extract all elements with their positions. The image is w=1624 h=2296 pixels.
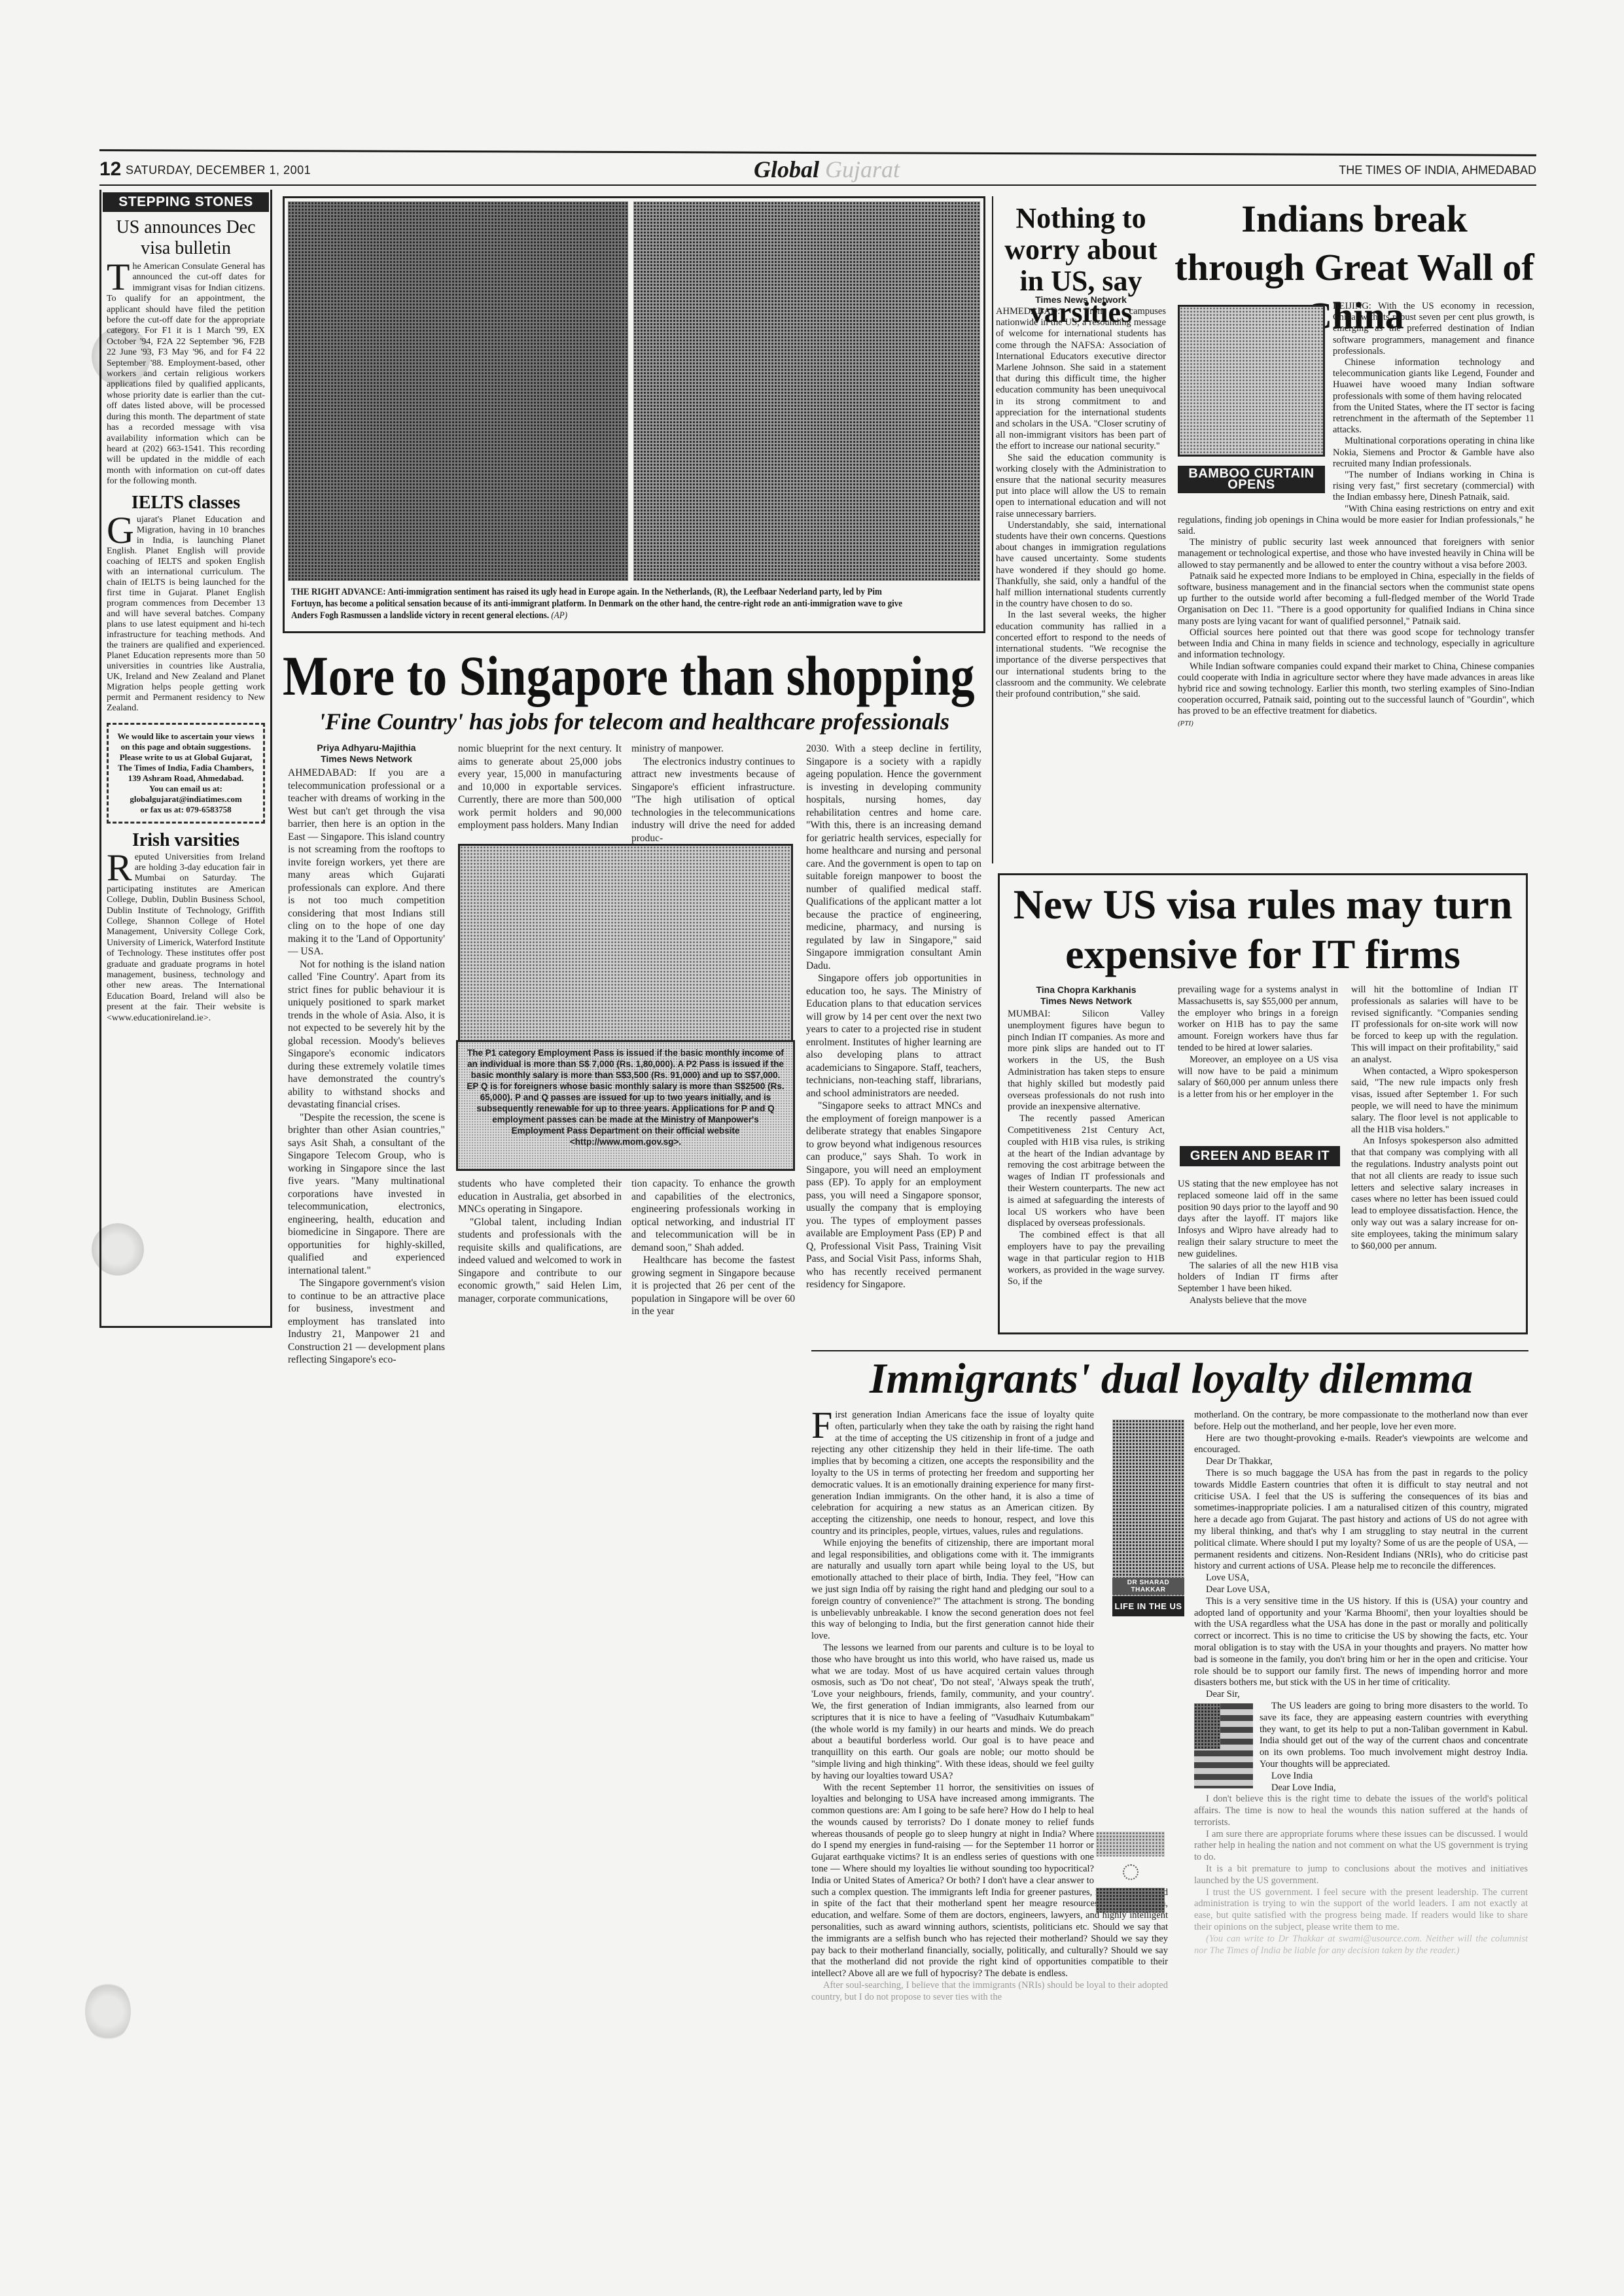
- singapore-col-4: 2030. With a steep decline in fertility,…: [806, 742, 981, 1291]
- photo-pim-fortuyn: [288, 201, 628, 581]
- varsities-body: AHMEDABAD: From campuses nationwide in t…: [996, 306, 1166, 700]
- singapore-col-2-top: nomic blueprint for the next century. It…: [458, 742, 622, 832]
- singapore-headline: More to Singapore than shopping: [283, 644, 986, 707]
- visa-byline-block: Tina Chopra Karkhanis Times News Network: [1008, 984, 1165, 1007]
- singapore-col-3-bottom: tion capacity. To enhance the growth and…: [631, 1177, 795, 1318]
- photo-caption: THE RIGHT ADVANCE: Anti-immigration sent…: [291, 586, 909, 621]
- page-number: 12: [99, 158, 121, 181]
- singapore-col-3-top: ministry of manpower. The electronics in…: [631, 742, 795, 844]
- visa-col-3: will hit the bottomline of Indian IT pro…: [1351, 984, 1518, 1252]
- singapore-skyline-photo: [458, 844, 793, 1043]
- sidebar-article: Reputed Universities from Ireland are ho…: [107, 852, 265, 1024]
- sidebar-article: The American Consulate General has annou…: [107, 262, 265, 487]
- feedback-box: We would like to ascertain your views on…: [107, 723, 265, 824]
- singapore-agency: Times News Network: [288, 754, 445, 765]
- visa-col-2-bottom: US stating that the new employee has not…: [1178, 1179, 1338, 1307]
- china-photo: [1178, 305, 1325, 457]
- singapore-col-2-bottom: students who have completed their educat…: [458, 1177, 622, 1305]
- dateline: SATURDAY, DECEMBER 1, 2001: [126, 164, 311, 177]
- loyalty-right-col: motherland. On the contrary, be more com…: [1194, 1410, 1528, 1957]
- visa-col-2-top: prevailing wage for a systems analyst in…: [1178, 984, 1338, 1101]
- singapore-byline-block: Priya Adhyaru-Majithia Times News Networ…: [288, 742, 445, 765]
- china-photo-kicker: BAMBOO CURTAIN OPENS: [1178, 466, 1325, 493]
- loyalty-footnote: (You can write to Dr Thakkar at swami@us…: [1194, 1934, 1528, 1957]
- photo-anders-rasmussen: [633, 201, 980, 581]
- visa-agency: Times News Network: [1008, 996, 1165, 1007]
- feedback-text: We would like to ascertain your views on…: [113, 731, 259, 784]
- columnist-name: DR SHARAD THAKKAR: [1112, 1578, 1184, 1595]
- section-title: Global Gujarat: [754, 156, 900, 183]
- visa-kicker: GREEN AND BEAR IT: [1180, 1146, 1340, 1166]
- singapore-subhead: 'Fine Country' has jobs for telecom and …: [283, 708, 985, 735]
- indian-flag-icon: [1096, 1832, 1165, 1913]
- loyalty-top-rule: [811, 1350, 1528, 1351]
- masthead-rule: [99, 184, 1536, 186]
- china-lead: BAMBOO CURTAIN OPENS BEIJING: With the U…: [1178, 301, 1534, 729]
- us-flag-icon: [1194, 1703, 1253, 1788]
- column-rule: [992, 196, 993, 863]
- visa-headline: New US visa rules may turn expensive for…: [1008, 880, 1518, 979]
- feedback-fax: or fax us at: 079-6583758: [113, 805, 259, 815]
- varsities-agency: Times News Network: [996, 294, 1166, 305]
- sidebar-headline: US announces Dec visa bulletin: [107, 217, 265, 259]
- feedback-email[interactable]: You can email us at: globalgujarat@india…: [113, 784, 259, 805]
- singapore-byline: Priya Adhyaru-Majithia: [288, 742, 445, 754]
- sidebar-stepping-stones: STEPPING STONES US announces Dec visa bu…: [99, 190, 272, 1328]
- paper-stain: [85, 1982, 131, 2041]
- column-kicker: LIFE IN THE US: [1112, 1596, 1184, 1616]
- employment-pass-infobox: The P1 category Employment Pass is issue…: [456, 1040, 795, 1171]
- visa-byline: Tina Chopra Karkhanis: [1008, 984, 1165, 996]
- visa-col-1: MUMBAI: Silicon Valley unemployment figu…: [1008, 1009, 1165, 1288]
- masthead: 12 SATURDAY, DECEMBER 1, 2001 Global Guj…: [99, 156, 1536, 182]
- loyalty-headline: Immigrants' dual loyalty dilemma: [818, 1353, 1525, 1405]
- singapore-col-1: AHMEDABAD: If you are a telecommunicatio…: [288, 767, 445, 1366]
- paper-name: THE TIMES OF INDIA, AHMEDABAD: [1339, 164, 1536, 177]
- sidebar-article: Gujarat's Planet Education and Migration…: [107, 515, 265, 714]
- sidebar-kicker: STEPPING STONES: [103, 192, 269, 212]
